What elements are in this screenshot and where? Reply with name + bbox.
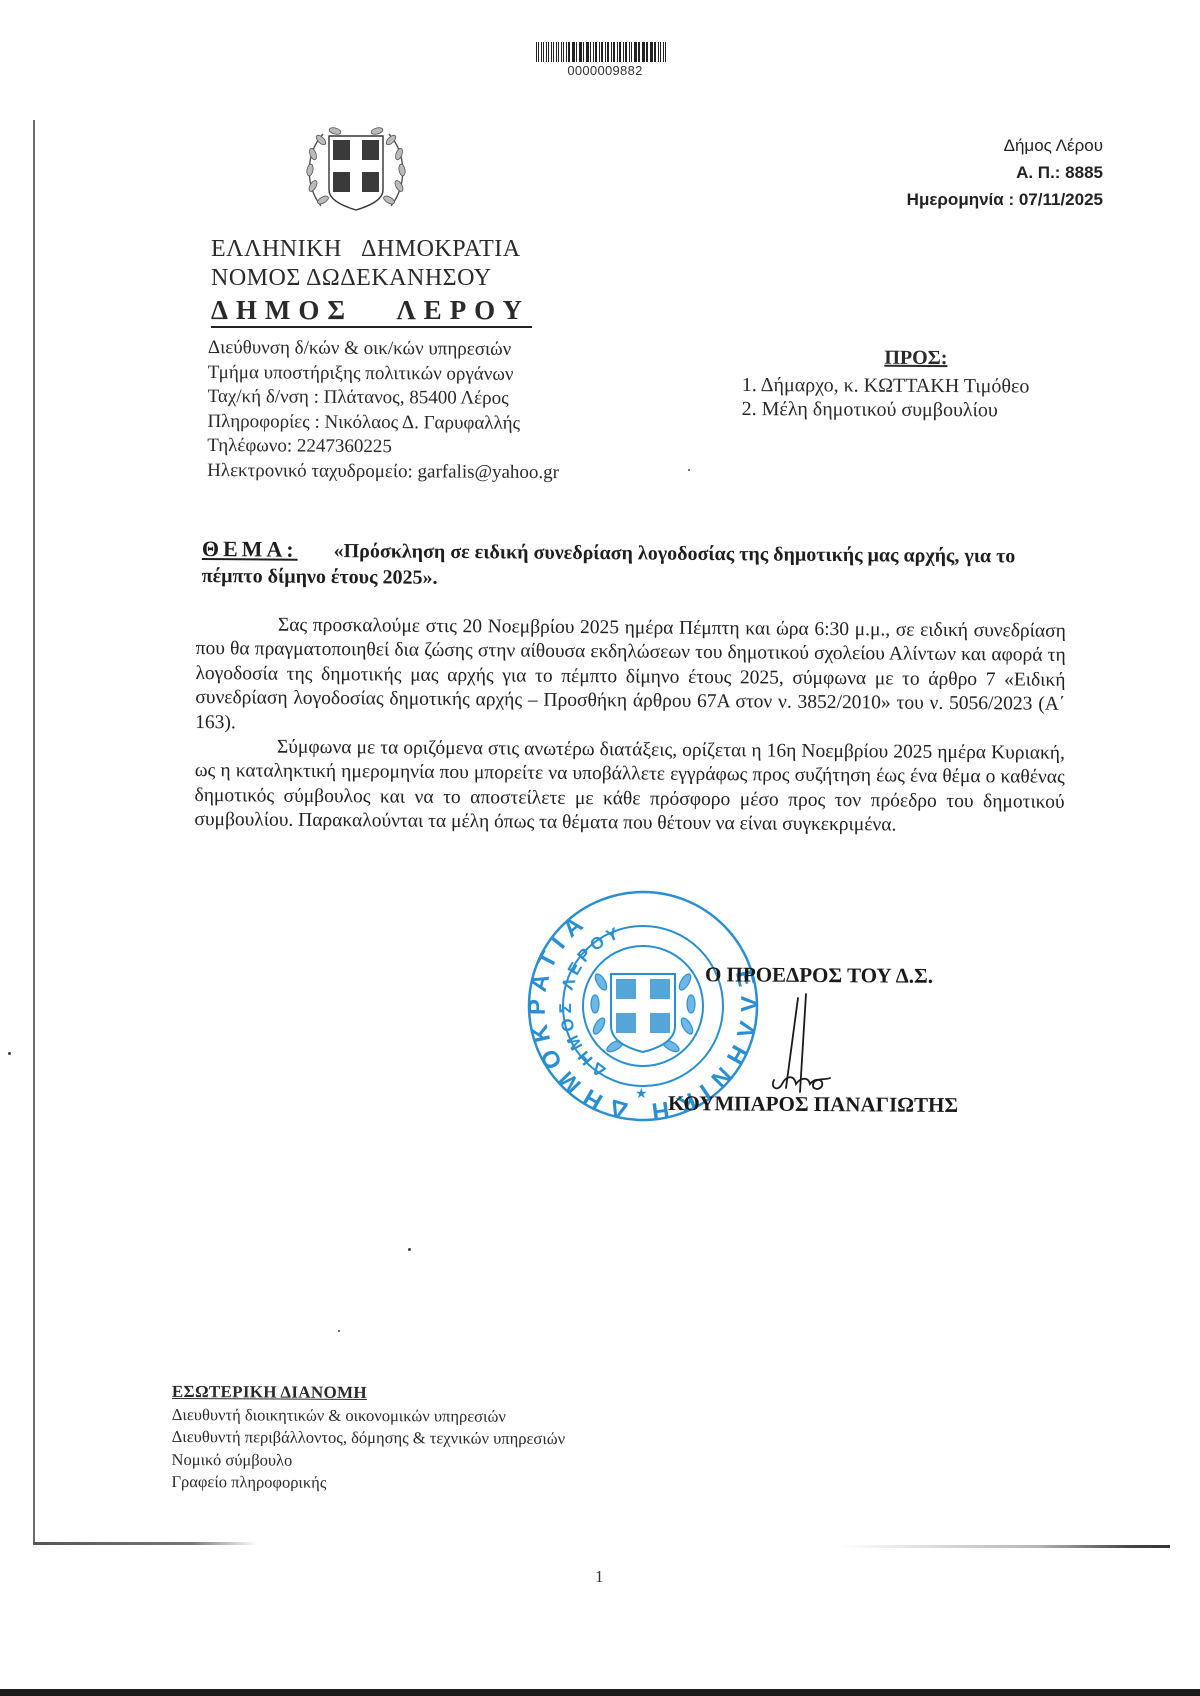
recipients: ΠΡΟΣ: 1. Δήμαρχο, κ. ΚΩΤΤΑΚΗ Τιμόθεο 2. … bbox=[742, 345, 1036, 423]
official-stamp-icon: ΕΛΛΗΝΙΚΗ ΔΗΜΟΚΡΑΤΙΑ ΔΗΜΟΣ ΛΕΡΟΥ ★ bbox=[523, 886, 763, 1126]
recipients-title: ΠΡΟΣ: bbox=[796, 345, 1036, 370]
distribution-item: Γραφείο πληροφορικής bbox=[171, 1471, 565, 1496]
document-reference: Δήμος Λέρου Α. Π.: 8885 Ημερομηνία : 07/… bbox=[907, 132, 1103, 213]
barcode bbox=[536, 42, 674, 62]
sender-email-link[interactable]: garfalis@yahoo.gr bbox=[418, 461, 560, 483]
page-bottom-border-left bbox=[33, 1542, 258, 1545]
internal-distribution-title: ΕΣΩΤΕΡΙΚΗ ΔΙΑΝΟΜΗ bbox=[172, 1381, 566, 1406]
recipient-item: 1. Δήμαρχο, κ. ΚΩΤΤΑΚΗ Τιμόθεο bbox=[742, 373, 1036, 399]
scan-bottom-edge bbox=[0, 1689, 1200, 1696]
sender-email-label: Ηλεκτρονικό ταχυδρομείο: bbox=[207, 459, 418, 481]
page-bottom-border-right bbox=[840, 1545, 1170, 1548]
sender-directorate: Διεύθυνση δ/κών & οικ/κών υπηρεσιών bbox=[208, 336, 560, 363]
internal-distribution: ΕΣΩΤΕΡΙΚΗ ΔΙΑΝΟΜΗ Διευθυντή διοικητικών … bbox=[171, 1381, 565, 1496]
body-paragraph: Σας προσκαλούμε στις 20 Νοεμβρίου 2025 η… bbox=[195, 613, 1066, 742]
svg-text:★: ★ bbox=[635, 1087, 648, 1102]
protocol-number: Α. Π.: 8885 bbox=[907, 159, 1103, 186]
municipality-name: ΔΗΜΟΣ ΛΕΡΟΥ bbox=[211, 294, 532, 328]
handwritten-signature-icon bbox=[760, 988, 880, 1098]
issuer-header: ΕΛΛΗΝΙΚΗ ΔΗΜΟΚΡΑΤΙΑ ΝΟΜΟΣ ΔΩΔΕΚΑΝΗΣΟΥ ΔΗ… bbox=[211, 235, 532, 328]
sender-address: Ταχ/κή δ/νση : Πλάτανος, 85400 Λέρος bbox=[208, 385, 560, 412]
page-number: 1 bbox=[595, 1567, 604, 1587]
sender-contact-person: Πληροφορίες : Νικόλαος Δ. Γαρυφαλλής bbox=[207, 409, 559, 436]
country-name: ΕΛΛΗΝΙΚΗ ΔΗΜΟΚΡΑΤΙΑ bbox=[211, 235, 532, 264]
subject: ΘΕΜΑ:«Πρόσκληση σε ειδική συνεδρίαση λογ… bbox=[202, 536, 1072, 596]
distribution-item: Διευθυντή περιβάλλοντος, δόμησης & τεχνι… bbox=[172, 1426, 566, 1451]
sender-details: Διεύθυνση δ/κών & οικ/κών υπηρεσιών Τμήμ… bbox=[207, 336, 560, 485]
subject-text: «Πρόσκληση σε ειδική συνεδρίαση λογοδοσί… bbox=[202, 540, 1016, 589]
letter-body: Σας προσκαλούμε στις 20 Νοεμβρίου 2025 η… bbox=[194, 613, 1066, 839]
scan-speck bbox=[688, 469, 690, 471]
municipality-label: Δήμος Λέρου bbox=[907, 132, 1103, 159]
prefecture-name: ΝΟΜΟΣ ΔΩΔΕΚΑΝΗΣΟΥ bbox=[211, 264, 532, 293]
body-paragraph: Σύμφωνα με τα οριζόμενα στις ανωτέρω δια… bbox=[194, 735, 1065, 839]
greek-coat-of-arms-icon bbox=[303, 124, 409, 216]
sender-department: Τμήμα υποστήριξης πολιτικών οργάνων bbox=[208, 360, 560, 387]
barcode-number: 0000009882 bbox=[536, 63, 674, 78]
subject-label: ΘΕΜΑ: bbox=[202, 536, 298, 562]
sender-email-line: Ηλεκτρονικό ταχυδρομείο: garfalis@yahoo.… bbox=[207, 458, 559, 485]
sender-phone: Τηλέφωνο: 2247360225 bbox=[207, 434, 559, 461]
scan-speck bbox=[338, 1330, 340, 1332]
signatory-title: Ο ΠΡΟΕΔΡΟΣ ΤΟΥ Δ.Σ. bbox=[705, 962, 933, 989]
distribution-item: Διευθυντή διοικητικών & οικονομικών υπηρ… bbox=[172, 1403, 566, 1428]
signatory-name: ΚΟΥΜΠΑΡΟΣ ΠΑΝΑΓΙΩΤΗΣ bbox=[668, 1091, 958, 1118]
distribution-item: Νομικό σύμβουλο bbox=[172, 1448, 566, 1473]
scan-speck bbox=[8, 1052, 11, 1055]
scan-speck bbox=[408, 1248, 411, 1251]
recipient-item: 2. Μέλη δημοτικού συμβουλίου bbox=[742, 397, 1036, 423]
page-left-border bbox=[33, 120, 35, 1544]
document-date: Ημερομηνία : 07/11/2025 bbox=[907, 186, 1103, 213]
